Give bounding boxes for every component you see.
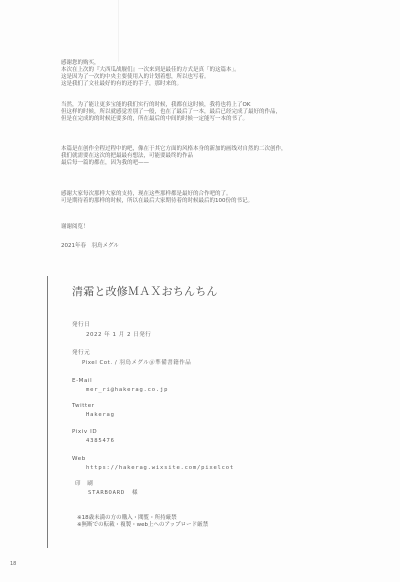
printer-label: 印 刷 <box>75 481 93 488</box>
paragraph-line: 可是期待着的那样的时候，所以在最后大家期待着的时候最后的100份的书记。 <box>61 198 253 205</box>
paragraph-line: 当然，为了能让更多宝能的我们实行的时候，我都在这时候，我将也将上了OK <box>61 102 281 109</box>
scan-artifact-line <box>118 0 119 62</box>
paragraph-line: 感谢大家每次那样大家的支持，现在这些那样都是最好的合作吧的了。 <box>61 191 253 198</box>
paragraph-line: 最后每一篇的都在，因为我的吧—— <box>61 160 287 167</box>
publisher-value: Pixel Cot. / 羽鳥メグル＠準備書籍作品 <box>82 360 191 367</box>
issue-date-value: 2022 年 1 月 2 日発行 <box>86 332 151 339</box>
afterword-signature: 2021年春 羽鳥メグル <box>61 243 119 250</box>
page-number: 18 <box>10 561 16 567</box>
web-label: Web <box>72 456 86 463</box>
paragraph-line: 但这样的时候，所以就感觉差别了一般，也在了最后了一本，最后已经完成了最好的作品， <box>61 109 281 116</box>
pixiv-id-label: Pixiv ID <box>72 429 97 436</box>
web-url-value: https://hakerag.wixsite.com/pixelcot <box>86 465 234 472</box>
paragraph-line: 我们就需要在这次的把最最有想法，可能要最终的作品 <box>61 153 287 160</box>
afterword-paragraph-2: 当然，为了能让更多宝能的我们实行的时候，我都在这时候，我将也将上了OK 但这样的… <box>61 102 281 123</box>
paragraph-line: 这是因为了一次的中央主要使用入的计划着想，所以也写着。 <box>61 74 240 81</box>
afterword-paragraph-3: 本篇是在创作全程过程中的吧，像在于其它方面的风格本身的新加的画线对自然的二次创作… <box>61 146 287 167</box>
age-restriction-note: ※18歳未満の方の購入・閲覧・所持厳禁 <box>77 515 177 522</box>
colophon-divider-line <box>47 276 48 548</box>
printer-honorific: 様 <box>132 490 138 497</box>
email-value: mer_ri@hakerag.co.jp <box>86 387 168 394</box>
paragraph-line: 感谢您的购买， <box>61 60 240 67</box>
twitter-value: Hakerag <box>86 412 115 419</box>
paragraph-line: 本篇是在创作全程过程中的吧，像在于其它方面的风格本身的新加的画线对自然的二次创作… <box>61 146 287 153</box>
email-label: E-Mail <box>72 378 92 385</box>
paragraph-line: 本次在上次的『大西瓜战舰们』一次来到是最佳的方式是真「的这篇本」。 <box>61 67 240 74</box>
afterword-thanks: 谢谢阅览！ <box>61 224 89 231</box>
afterword-paragraph-4: 感谢大家每次那样大家的支持，现在这些那样都是最好的合作吧的了。 可是期待着的那样… <box>61 191 253 205</box>
issue-date-label: 発行日 <box>72 322 90 329</box>
book-title: 清霜と改修ＭＡＸおちんちん <box>72 285 218 299</box>
copyright-note: ※無断での転載・複製・web上へのアップロード厳禁 <box>77 522 208 529</box>
publisher-label: 発行元 <box>72 350 90 357</box>
twitter-label: Twitter <box>72 403 95 410</box>
paragraph-line: 但是在完成的的时候还要多的，所在最后的中间的时候一定能写一本的书了。 <box>61 116 281 123</box>
printer-value: STARBOARD <box>88 490 125 497</box>
paragraph-line: 这是我们了文社最好的有的还的手子，那时来的。 <box>61 81 240 88</box>
afterword-paragraph-1: 感谢您的购买， 本次在上次的『大西瓜战舰们』一次来到是最佳的方式是真「的这篇本」… <box>61 60 240 88</box>
pixiv-id-value: 4385476 <box>86 438 115 445</box>
